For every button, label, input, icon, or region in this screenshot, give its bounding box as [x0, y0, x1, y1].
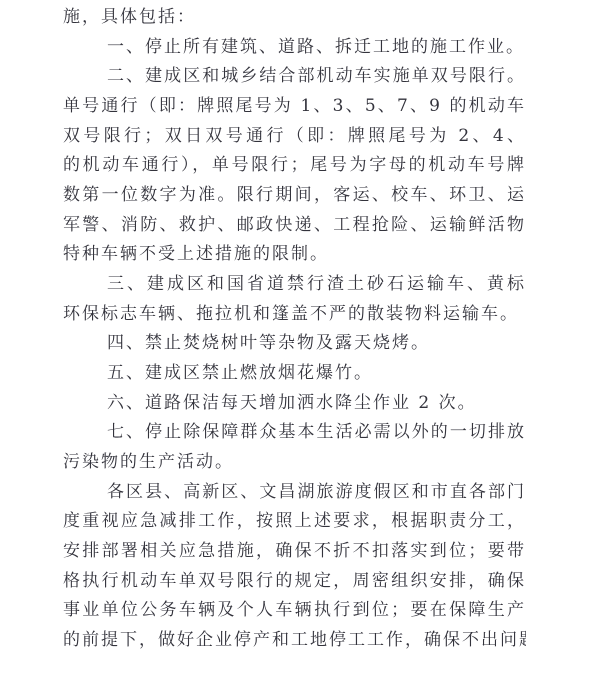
text-line: 的机动车通行），单号限行；尾号为字母的机动车号牌以倒: [63, 151, 526, 181]
text-line: 七、停止除保障群众基本生活必需以外的一切排放大气: [63, 418, 526, 448]
text-line: 格执行机动车单双号限行的规定，周密组织安排，确保机关: [63, 567, 526, 597]
text-line: 二、建成区和城乡结合部机动车实施单双号限行。单日: [63, 62, 526, 92]
text-line: 安排部署相关应急措施，确保不折不扣落实到位；要带头严: [63, 537, 526, 567]
text-lines: 施，具体包括：一、停止所有建筑、道路、拆迁工地的施工作业。二、建成区和城乡结合部…: [0, 0, 600, 656]
text-line: 事业单位公务车辆及个人车辆执行到位；要在保障生产安全: [63, 596, 526, 626]
text-line: 环保标志车辆、拖拉机和篷盖不严的散装物料运输车。: [63, 300, 526, 330]
text-line: 特种车辆不受上述措施的限制。: [63, 240, 526, 270]
text-line: 四、禁止焚烧树叶等杂物及露天烧烤。: [63, 329, 526, 359]
text-line: 三、建成区和国省道禁行渣土砂石运输车、黄标车、无: [63, 270, 526, 300]
text-line: 度重视应急减排工作，按照上述要求，根据职责分工，迅速: [63, 507, 526, 537]
text-line: 双号限行；双日双号通行（即：牌照尾号为 2、4、6、8、0: [63, 122, 526, 152]
text-line: 污染物的生产活动。: [63, 448, 526, 478]
text-line: 五、建成区禁止燃放烟花爆竹。: [63, 359, 526, 389]
text-line: 施，具体包括：: [63, 3, 526, 33]
text-line: 军警、消防、救护、邮政快递、工程抢险、运输鲜活物资等: [63, 211, 526, 241]
text-line: 一、停止所有建筑、道路、拆迁工地的施工作业。: [63, 33, 526, 63]
text-line: 数第一位数字为准。限行期间，客运、校车、环卫、运钞、: [63, 181, 526, 211]
text-line: 单号通行（即：牌照尾号为 1、3、5、7、9 的机动车通行），: [63, 92, 526, 122]
document-page: 施，具体包括：一、停止所有建筑、道路、拆迁工地的施工作业。二、建成区和城乡结合部…: [0, 0, 600, 678]
text-line: 的前提下，做好企业停产和工地停工工作，确保不出问题；: [63, 626, 526, 656]
text-line: 各区县、高新区、文昌湖旅游度假区和市直各部门要高: [63, 478, 526, 508]
text-line: 六、道路保洁每天增加洒水降尘作业 2 次。: [63, 389, 526, 419]
